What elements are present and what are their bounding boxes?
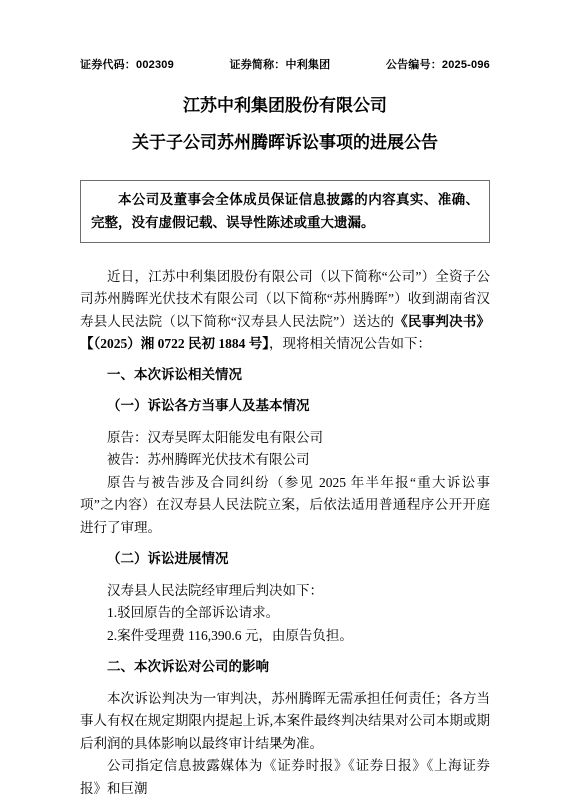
case-description: 原告与被告涉及合同纠纷（参见 2025 年半年报“重大诉讼事项”之内容）在汉寿县… [80, 472, 490, 540]
section2-heading: 二、本次诉讼对公司的影响 [80, 656, 490, 679]
stock-short-name: 证券简称：中利集团 [230, 56, 331, 72]
page-number: 1 / 2 [0, 737, 568, 748]
intro-text-post: ，现将相关情况公告如下： [269, 336, 431, 351]
section1-sub1-heading: （一）诉讼各方当事人及基本情况 [80, 395, 490, 418]
ruling-item-2: 2.案件受理费 116,390.6 元，由原告负担。 [80, 625, 490, 648]
stock-code: 证券代码：002309 [80, 56, 174, 72]
disclaimer-box: 本公司及董事会全体成员保证信息披露的内容真实、准确、完整，没有虚假记载、误导性陈… [80, 180, 490, 243]
ruling-item-1: 1.驳回原告的全部诉讼请求。 [80, 602, 490, 625]
disclaimer-text: 本公司及董事会全体成员保证信息披露的内容真实、准确、完整，没有虚假记载、误导性陈… [91, 188, 479, 234]
document-header: 证券代码：002309 证券简称：中利集团 公告编号：2025-096 [80, 56, 490, 72]
section1-sub2-heading: （二）诉讼进展情况 [80, 548, 490, 571]
plaintiff-line: 原告：汉寿昊晖太阳能发电有限公司 [80, 427, 490, 450]
page-content: 证券代码：002309 证券简称：中利集团 公告编号：2025-096 江苏中利… [0, 0, 568, 800]
section1-heading: 一、本次诉讼相关情况 [80, 364, 490, 387]
media-paragraph: 公司指定信息披露媒体为《证券时报》《证券日报》《上海证券报》和巨潮 [80, 755, 490, 800]
defendant-line: 被告：苏州腾晖光伏技术有限公司 [80, 449, 490, 472]
announcement-page: 证券代码：002309 证券简称：中利集团 公告编号：2025-096 江苏中利… [0, 0, 568, 809]
intro-paragraph: 近日，江苏中利集团股份有限公司（以下简称“公司”）全资子公司苏州腾晖光伏技术有限… [80, 266, 490, 356]
announcement-title: 关于子公司苏州腾晖诉讼事项的进展公告 [80, 133, 490, 153]
announcement-number: 公告编号：2025-096 [386, 56, 490, 72]
company-title: 江苏中利集团股份有限公司 [80, 96, 490, 116]
ruling-intro-line: 汉寿县人民法院经审理后判决如下： [80, 580, 490, 603]
